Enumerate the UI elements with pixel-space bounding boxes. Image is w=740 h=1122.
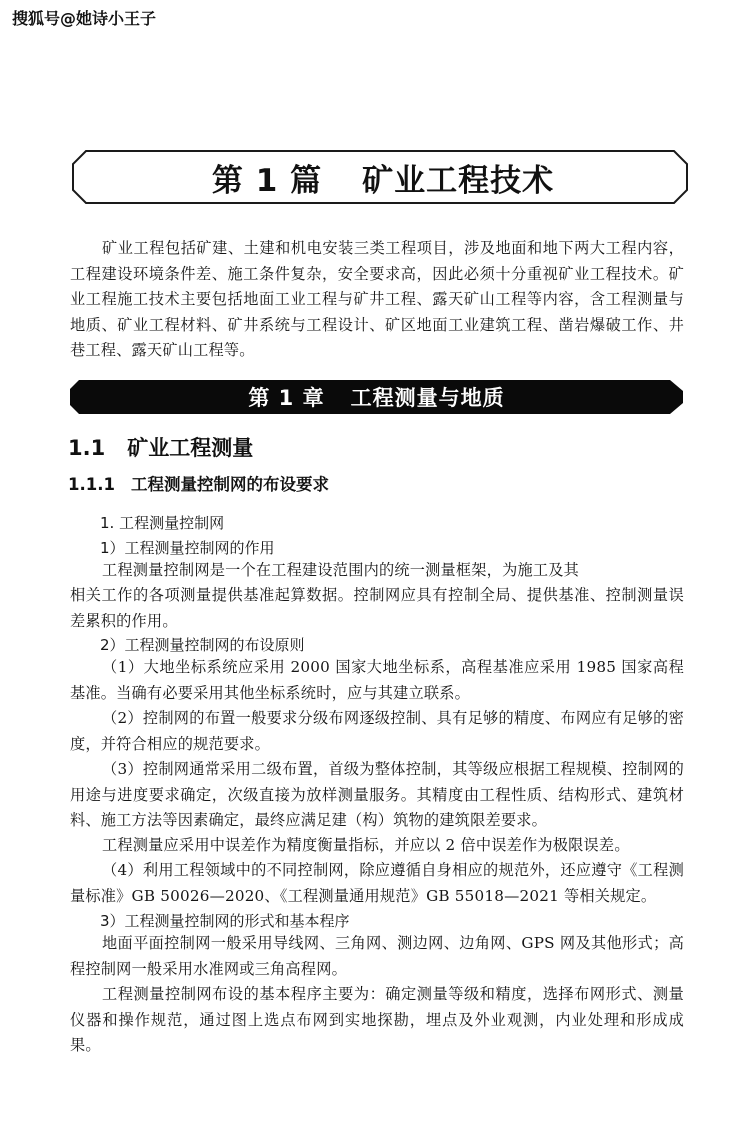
heading-network-role: 1）工程测量控制网的作用: [100, 537, 275, 558]
heading-control-network: 1. 工程测量控制网: [100, 512, 224, 533]
part-number: 第 1 篇: [212, 155, 322, 200]
heading-forms-procedure: 3）工程测量控制网的形式和基本程序: [100, 910, 350, 931]
part-name: 矿业工程技术: [362, 155, 554, 200]
section-title: 矿业工程测量: [127, 436, 253, 460]
chapter-title: 第 1 章 工程测量与地质: [70, 380, 683, 414]
intro-paragraph: 矿业工程包括矿建、土建和机电安装三类工程项目，涉及地面和地下两大工程内容，工程建…: [70, 236, 684, 364]
part-title-banner: 第 1 篇 矿业工程技术: [72, 150, 688, 204]
chapter-title-bar: 第 1 章 工程测量与地质: [70, 380, 683, 414]
paragraph-principle-1: （1）大地坐标系统应采用 2000 国家大地坐标系，高程基准应采用 1985 国…: [70, 655, 684, 706]
subsection-number: 1.1.1: [68, 475, 115, 494]
subsection-heading: 1.1.1工程测量控制网的布设要求: [68, 471, 329, 495]
paragraph-principle-4: （4）利用工程领域中的不同控制网，除应遵循自身相应的规范外，还应遵守《工程测量标…: [70, 858, 684, 909]
paragraph-error-standard: 工程测量应采用中误差作为精度衡量指标，并应以 2 倍中误差作为极限误差。: [70, 833, 684, 859]
paragraph-basic-procedure: 工程测量控制网布设的基本程序主要为：确定测量等级和精度，选择布网形式、测量仪器和…: [70, 982, 684, 1059]
part-title: 第 1 篇 矿业工程技术: [72, 150, 688, 204]
paragraph-network-forms: 地面平面控制网一般采用导线网、三角网、测边网、边角网、GPS 网及其他形式；高程…: [70, 931, 684, 982]
paragraph-principle-2: （2）控制网的布置一般要求分级布网逐级控制、具有足够的精度、布网应有足够的密度，…: [70, 706, 684, 757]
paragraph-role-rest: 相关工作的各项测量提供基准起算数据。控制网应具有控制全局、提供基准、控制测量误差…: [70, 583, 684, 634]
watermark: 搜狐号@她诗小王子: [12, 6, 156, 29]
chapter-name: 工程测量与地质: [351, 382, 505, 412]
subsection-title: 工程测量控制网的布设要求: [131, 475, 329, 494]
section-heading: 1.1矿业工程测量: [68, 432, 253, 462]
section-number: 1.1: [68, 436, 105, 460]
heading-layout-principles: 2）工程测量控制网的布设原则: [100, 634, 305, 655]
chapter-number: 第 1 章: [248, 382, 324, 412]
paragraph-role-line1: 工程测量控制网是一个在工程建设范围内的统一测量框架，为施工及其: [102, 558, 682, 584]
paragraph-principle-3: （3）控制网通常采用二级布置，首级为整体控制，其等级应根据工程规模、控制网的用途…: [70, 757, 684, 834]
